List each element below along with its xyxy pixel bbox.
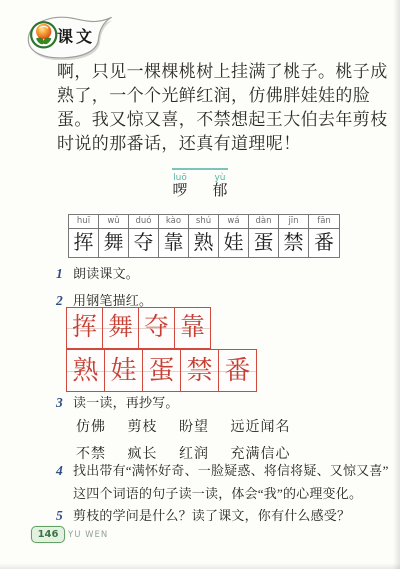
hanzi-cell: 夺 bbox=[129, 229, 159, 257]
tracing-character: 禁 bbox=[186, 356, 212, 385]
footer-subject-label: YU WEN bbox=[68, 530, 108, 540]
exercise-4: 4找出带有“满怀好奇、一脸疑惑、将信将疑、又惊又喜” bbox=[56, 460, 389, 480]
exercise-text: 剪枝的学问是什么？读了课文，你有什么感受？ bbox=[73, 508, 350, 523]
hanzi-cell: 番 bbox=[309, 229, 339, 257]
pinyin-cell: huī bbox=[69, 215, 99, 229]
tracing-cell: 挥 bbox=[67, 308, 102, 348]
tracing-cell: 熟 bbox=[67, 350, 104, 391]
exercise-text: 找出带有“满怀好奇、一脸疑惑、将信将疑、又惊又喜” bbox=[73, 463, 389, 478]
publisher-emblem-icon bbox=[31, 22, 56, 47]
tracing-character: 娃 bbox=[110, 356, 136, 385]
tracing-grid-row: 挥 舞 夺 靠 bbox=[66, 307, 211, 349]
new-character-item: yù 郁 bbox=[206, 173, 234, 200]
tracing-cell: 舞 bbox=[102, 308, 138, 348]
hanzi-character: 啰 bbox=[166, 183, 194, 200]
pinyin-cell: dàn bbox=[249, 215, 279, 229]
pinyin-cell: kào bbox=[159, 215, 189, 229]
tracing-grid-row: 熟 娃 蛋 禁 番 bbox=[66, 349, 257, 392]
hanzi-cell: 挥 bbox=[69, 229, 99, 257]
tracing-character: 番 bbox=[224, 356, 250, 385]
tracing-character: 蛋 bbox=[148, 356, 174, 385]
page-number-badge: 146 bbox=[31, 526, 65, 543]
pinyin-label: luō bbox=[166, 173, 194, 183]
exercise-number: 1 bbox=[56, 266, 73, 282]
hanzi-character: 郁 bbox=[206, 183, 234, 200]
divider-rule bbox=[172, 168, 228, 170]
pinyin-cell: shú bbox=[189, 215, 219, 229]
page-edge-shadow bbox=[0, 563, 400, 569]
new-character-item: luō 啰 bbox=[166, 173, 194, 200]
tracing-character: 舞 bbox=[108, 314, 133, 341]
pinyin-cell: duó bbox=[129, 215, 159, 229]
exercise-4-continued: 这四个词语的句子读一读，体会“我”的心理变化。 bbox=[73, 483, 362, 502]
pinyin-cell: fān bbox=[309, 215, 339, 229]
section-badge-label: 课文 bbox=[57, 24, 95, 47]
section-header: 课文 bbox=[24, 14, 116, 60]
exercise-number: 5 bbox=[56, 508, 73, 524]
hanzi-cell: 靠 bbox=[159, 229, 189, 257]
tracing-character: 熟 bbox=[72, 356, 98, 385]
tracing-character: 挥 bbox=[72, 314, 97, 341]
tracing-cell: 蛋 bbox=[142, 350, 180, 391]
hanzi-cell: 禁 bbox=[279, 229, 309, 257]
character-pinyin-table: huī wǔ duó kào shú wá dàn jīn fān 挥 舞 夺 … bbox=[68, 214, 340, 258]
exercise-number: 3 bbox=[56, 395, 73, 411]
word-item: 仿佛 bbox=[76, 420, 106, 435]
exercise-5: 5剪枝的学问是什么？读了课文，你有什么感受？ bbox=[56, 505, 350, 525]
passage-line: 啊，只见一棵棵桃树上挂满了桃子。桃子成 bbox=[57, 60, 397, 84]
tracing-character: 靠 bbox=[180, 314, 205, 341]
tracing-cell: 靠 bbox=[174, 308, 210, 348]
word-list-row: 仿佛 剪枝 盼望 远近闻名 bbox=[76, 416, 309, 436]
tracing-character: 夺 bbox=[144, 314, 169, 341]
pinyin-label: yù bbox=[206, 173, 234, 183]
pinyin-cell: wǔ bbox=[99, 215, 129, 229]
hanzi-cell: 舞 bbox=[99, 229, 129, 257]
pinyin-cell: jīn bbox=[279, 215, 309, 229]
passage-line: 时说的那番话，还真有道理呢！ bbox=[57, 132, 397, 156]
exercise-text: 读一读，再抄写。 bbox=[73, 395, 179, 410]
exercise-3: 3读一读，再抄写。 bbox=[56, 392, 179, 412]
word-item: 盼望 bbox=[179, 420, 209, 435]
exercise-number: 4 bbox=[56, 463, 73, 479]
passage: 啊，只见一棵棵桃树上挂满了桃子。桃子成 熟了，一个个光鲜红润，仿佛胖娃娃的脸 蛋… bbox=[57, 60, 397, 156]
passage-line: 蛋。我又惊又喜，不禁想起王大伯去年剪枝 bbox=[57, 108, 397, 132]
pinyin-cell: wá bbox=[219, 215, 249, 229]
new-characters-section: luō 啰 yù 郁 bbox=[0, 168, 400, 200]
tracing-cell: 娃 bbox=[104, 350, 142, 391]
exercise-text: 用钢笔描红。 bbox=[73, 293, 152, 308]
textbook-page: 课文 啊，只见一棵棵桃树上挂满了桃子。桃子成 熟了，一个个光鲜红润，仿佛胖娃娃的… bbox=[0, 0, 400, 569]
passage-line: 熟了，一个个光鲜红润，仿佛胖娃娃的脸 bbox=[57, 84, 397, 108]
hanzi-cell: 熟 bbox=[189, 229, 219, 257]
hanzi-cell: 蛋 bbox=[249, 229, 279, 257]
exercise-text: 朗读课文。 bbox=[73, 266, 139, 281]
word-item: 远近闻名 bbox=[231, 420, 291, 435]
page-edge-shadow bbox=[393, 0, 400, 569]
hanzi-cell: 娃 bbox=[219, 229, 249, 257]
tracing-cell: 夺 bbox=[138, 308, 174, 348]
tracing-cell: 番 bbox=[218, 350, 256, 391]
exercise-1: 1朗读课文。 bbox=[56, 263, 139, 283]
word-item: 剪枝 bbox=[128, 420, 158, 435]
tracing-cell: 禁 bbox=[180, 350, 218, 391]
